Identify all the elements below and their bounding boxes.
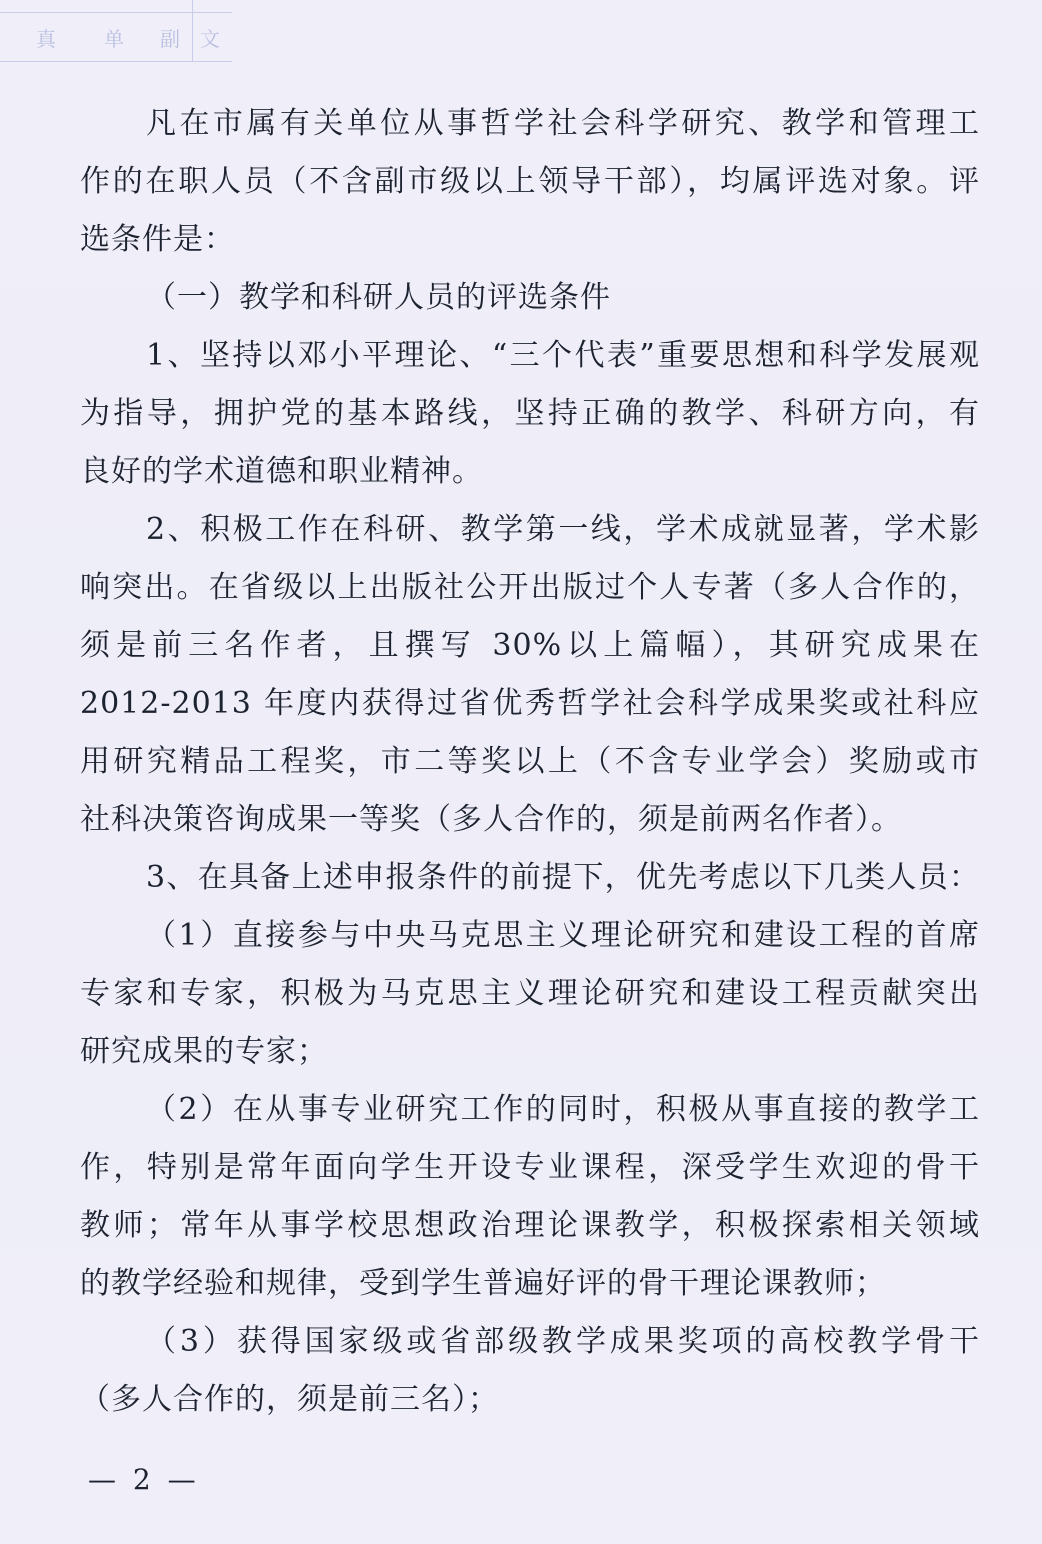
text-line: 为指导，拥护党的基本路线，坚持正确的教学、科研方向，有 xyxy=(80,396,980,432)
text-line: 须是前三名作者，且撰写 30%以上篇幅），其研究成果在 xyxy=(80,628,980,664)
page-number: — 2 — xyxy=(88,1462,200,1498)
text-line: （1）直接参与中央马克思主义理论研究和建设工程的首席 xyxy=(146,918,980,954)
text-line: （2）在从事专业研究工作的同时，积极从事直接的教学工 xyxy=(146,1092,980,1128)
stamp-divider xyxy=(192,0,193,61)
text-line: （多人合作的，须是前三名）； xyxy=(80,1382,499,1418)
paragraph-item-3: 3、在具备上述申报条件的前提下，优先考虑以下几类人员： xyxy=(146,860,980,896)
text-line: 专家和专家，积极为马克思主义理论研究和建设工程贡献突出 xyxy=(80,976,980,1012)
text-line: 选条件是： xyxy=(80,222,235,258)
text-line: 响突出。在省级以上出版社公开出版过个人专著（多人合作的， xyxy=(80,570,980,606)
text-line: 用研究精品工程奖，市二等奖以上（不含专业学会）奖励或市 xyxy=(80,744,980,780)
section-heading: （一）教学和科研人员的评选条件 xyxy=(146,280,611,316)
text-line: 良好的学术道德和职业精神。 xyxy=(80,454,483,490)
text-line: 1、坚持以邓小平理论、“三个代表”重要思想和科学发展观 xyxy=(146,338,980,374)
text-line: 社科决策咨询成果一等奖（多人合作的，须是前两名作者）。 xyxy=(80,802,902,838)
stamp-cell: 单 xyxy=(104,23,124,52)
text-line: 作，特别是常年面向学生开设专业课程，深受学生欢迎的骨干 xyxy=(80,1150,980,1186)
document-page: 真 单 副 文 凡在市属有关单位从事哲学社会科学研究、教学和管理工 作的在职人员… xyxy=(0,0,1042,1544)
text-line: 教师；常年从事学校思想政治理论课教学，积极探索相关领域 xyxy=(80,1208,980,1244)
stamp-cell: 副 xyxy=(160,23,180,52)
text-line: 2、积极工作在科研、教学第一线，学术成就显著，学术影 xyxy=(146,512,980,548)
text-line: 作的在职人员（不含副市级以上领导干部），均属评选对象。评 xyxy=(80,164,980,200)
text-line: 凡在市属有关单位从事哲学社会科学研究、教学和管理工 xyxy=(146,106,980,142)
text-line: 2012-2013 年度内获得过省优秀哲学社会科学成果奖或社科应 xyxy=(80,686,980,722)
faint-stamp-header: 真 单 副 文 xyxy=(0,12,232,62)
text-line: 的教学经验和规律，受到学生普遍好评的骨干理论课教师； xyxy=(80,1266,886,1302)
stamp-cell: 文 xyxy=(200,23,220,52)
text-line: 研究成果的专家； xyxy=(80,1034,328,1070)
stamp-cell: 真 xyxy=(36,23,56,52)
text-line: （3）获得国家级或省部级教学成果奖项的高校教学骨干 xyxy=(146,1324,980,1360)
